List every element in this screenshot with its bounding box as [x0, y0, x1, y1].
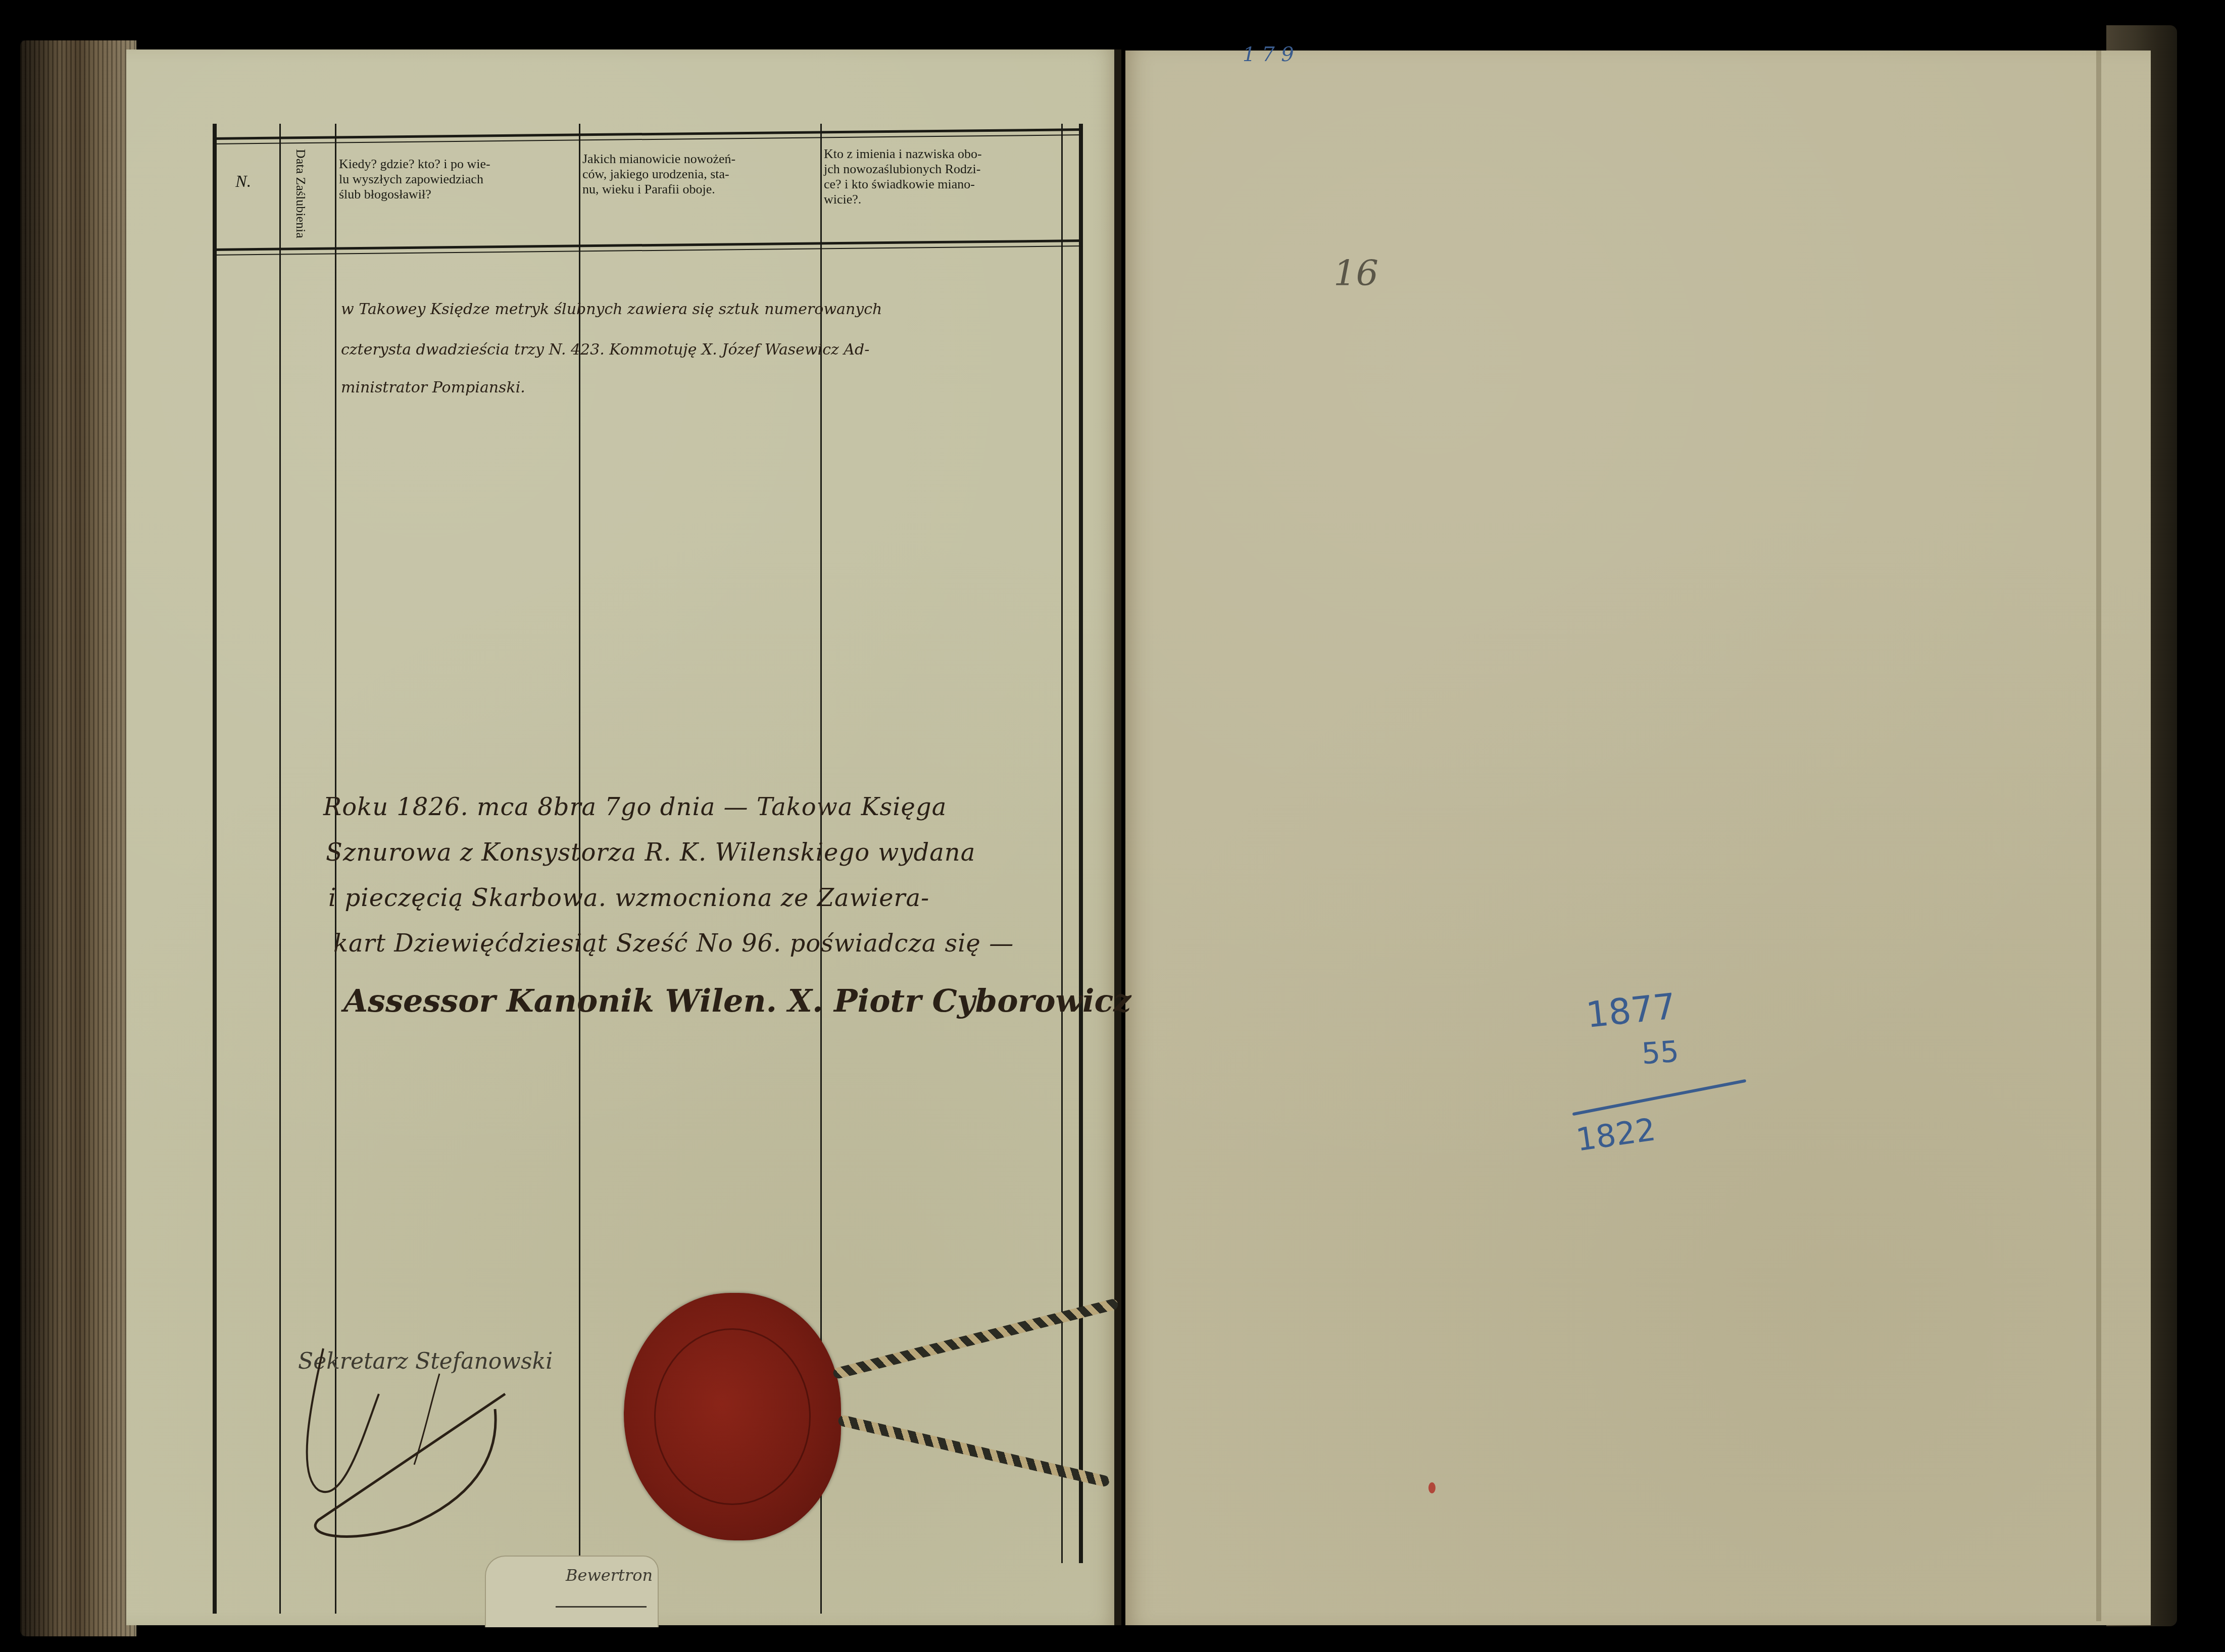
wax-seal: [624, 1293, 841, 1540]
column-rule: [1061, 124, 1063, 1563]
header-bottom-rule: [213, 239, 1083, 251]
red-stain: [1428, 1482, 1436, 1493]
blue-note-line-1: 1877: [1584, 985, 1678, 1036]
certification-line-1: Roku 1826. mca 8bra 7go dnia — Takowa Ks…: [323, 793, 947, 821]
closing-note-line-1: w Takowey Księdze metryk ślubnych zawier…: [341, 301, 882, 318]
certification-line-2: Sznurowa z Konsystorza R. K. Wilenskiego…: [326, 838, 975, 867]
book-page-edges: [20, 40, 136, 1636]
table-border-left: [213, 124, 217, 1614]
header-number: N.: [235, 174, 251, 189]
assessor-signature: Assessor Kanonik Wilen. X. Piotr Cyborow…: [343, 982, 1131, 1019]
signature-flourish: [288, 1333, 641, 1545]
header-who: Jakich mianowicie nowożeń- ców, jakiego …: [582, 152, 819, 197]
header-when: Kiedy? gdzie? kto? i po wie- lu wyszłych…: [339, 157, 576, 202]
blue-pencil-note: 1877 55 1822: [1571, 990, 1763, 1202]
column-rule: [279, 124, 281, 1614]
right-page-fold: [2096, 51, 2101, 1621]
pencil-number: 16: [1333, 253, 1378, 294]
blue-fraction-line: [1572, 1079, 1747, 1116]
blue-note-line-2: 55: [1641, 1034, 1680, 1071]
book-gutter: [1114, 49, 1121, 1625]
table-border-right: [1079, 124, 1083, 1563]
header-parents: Kto z imienia i nazwiska obo- jch nowoza…: [824, 146, 1060, 207]
certification-line-4: kart Dziewięćdziesiąt Sześć No 96. poświ…: [333, 929, 1014, 958]
right-page: [1125, 51, 2151, 1625]
closing-note-line-3: ministrator Pompianski.: [341, 379, 525, 396]
top-pencil-marks: 1 7 9: [1243, 43, 1294, 66]
bottom-signature: Bewertron: [566, 1566, 653, 1585]
certification-line-3: i pieczęcią Skarbowa. wzmocniona ze Zawi…: [328, 884, 929, 912]
closing-note-line-2: czterysta dwadzieścia trzy N. 423. Kommo…: [341, 341, 869, 359]
header-date: Data Zaślubienia: [293, 149, 308, 245]
bottom-signature-underline: [556, 1606, 647, 1608]
header-top-rule: [213, 128, 1083, 140]
blue-note-line-3: 1822: [1574, 1111, 1658, 1158]
